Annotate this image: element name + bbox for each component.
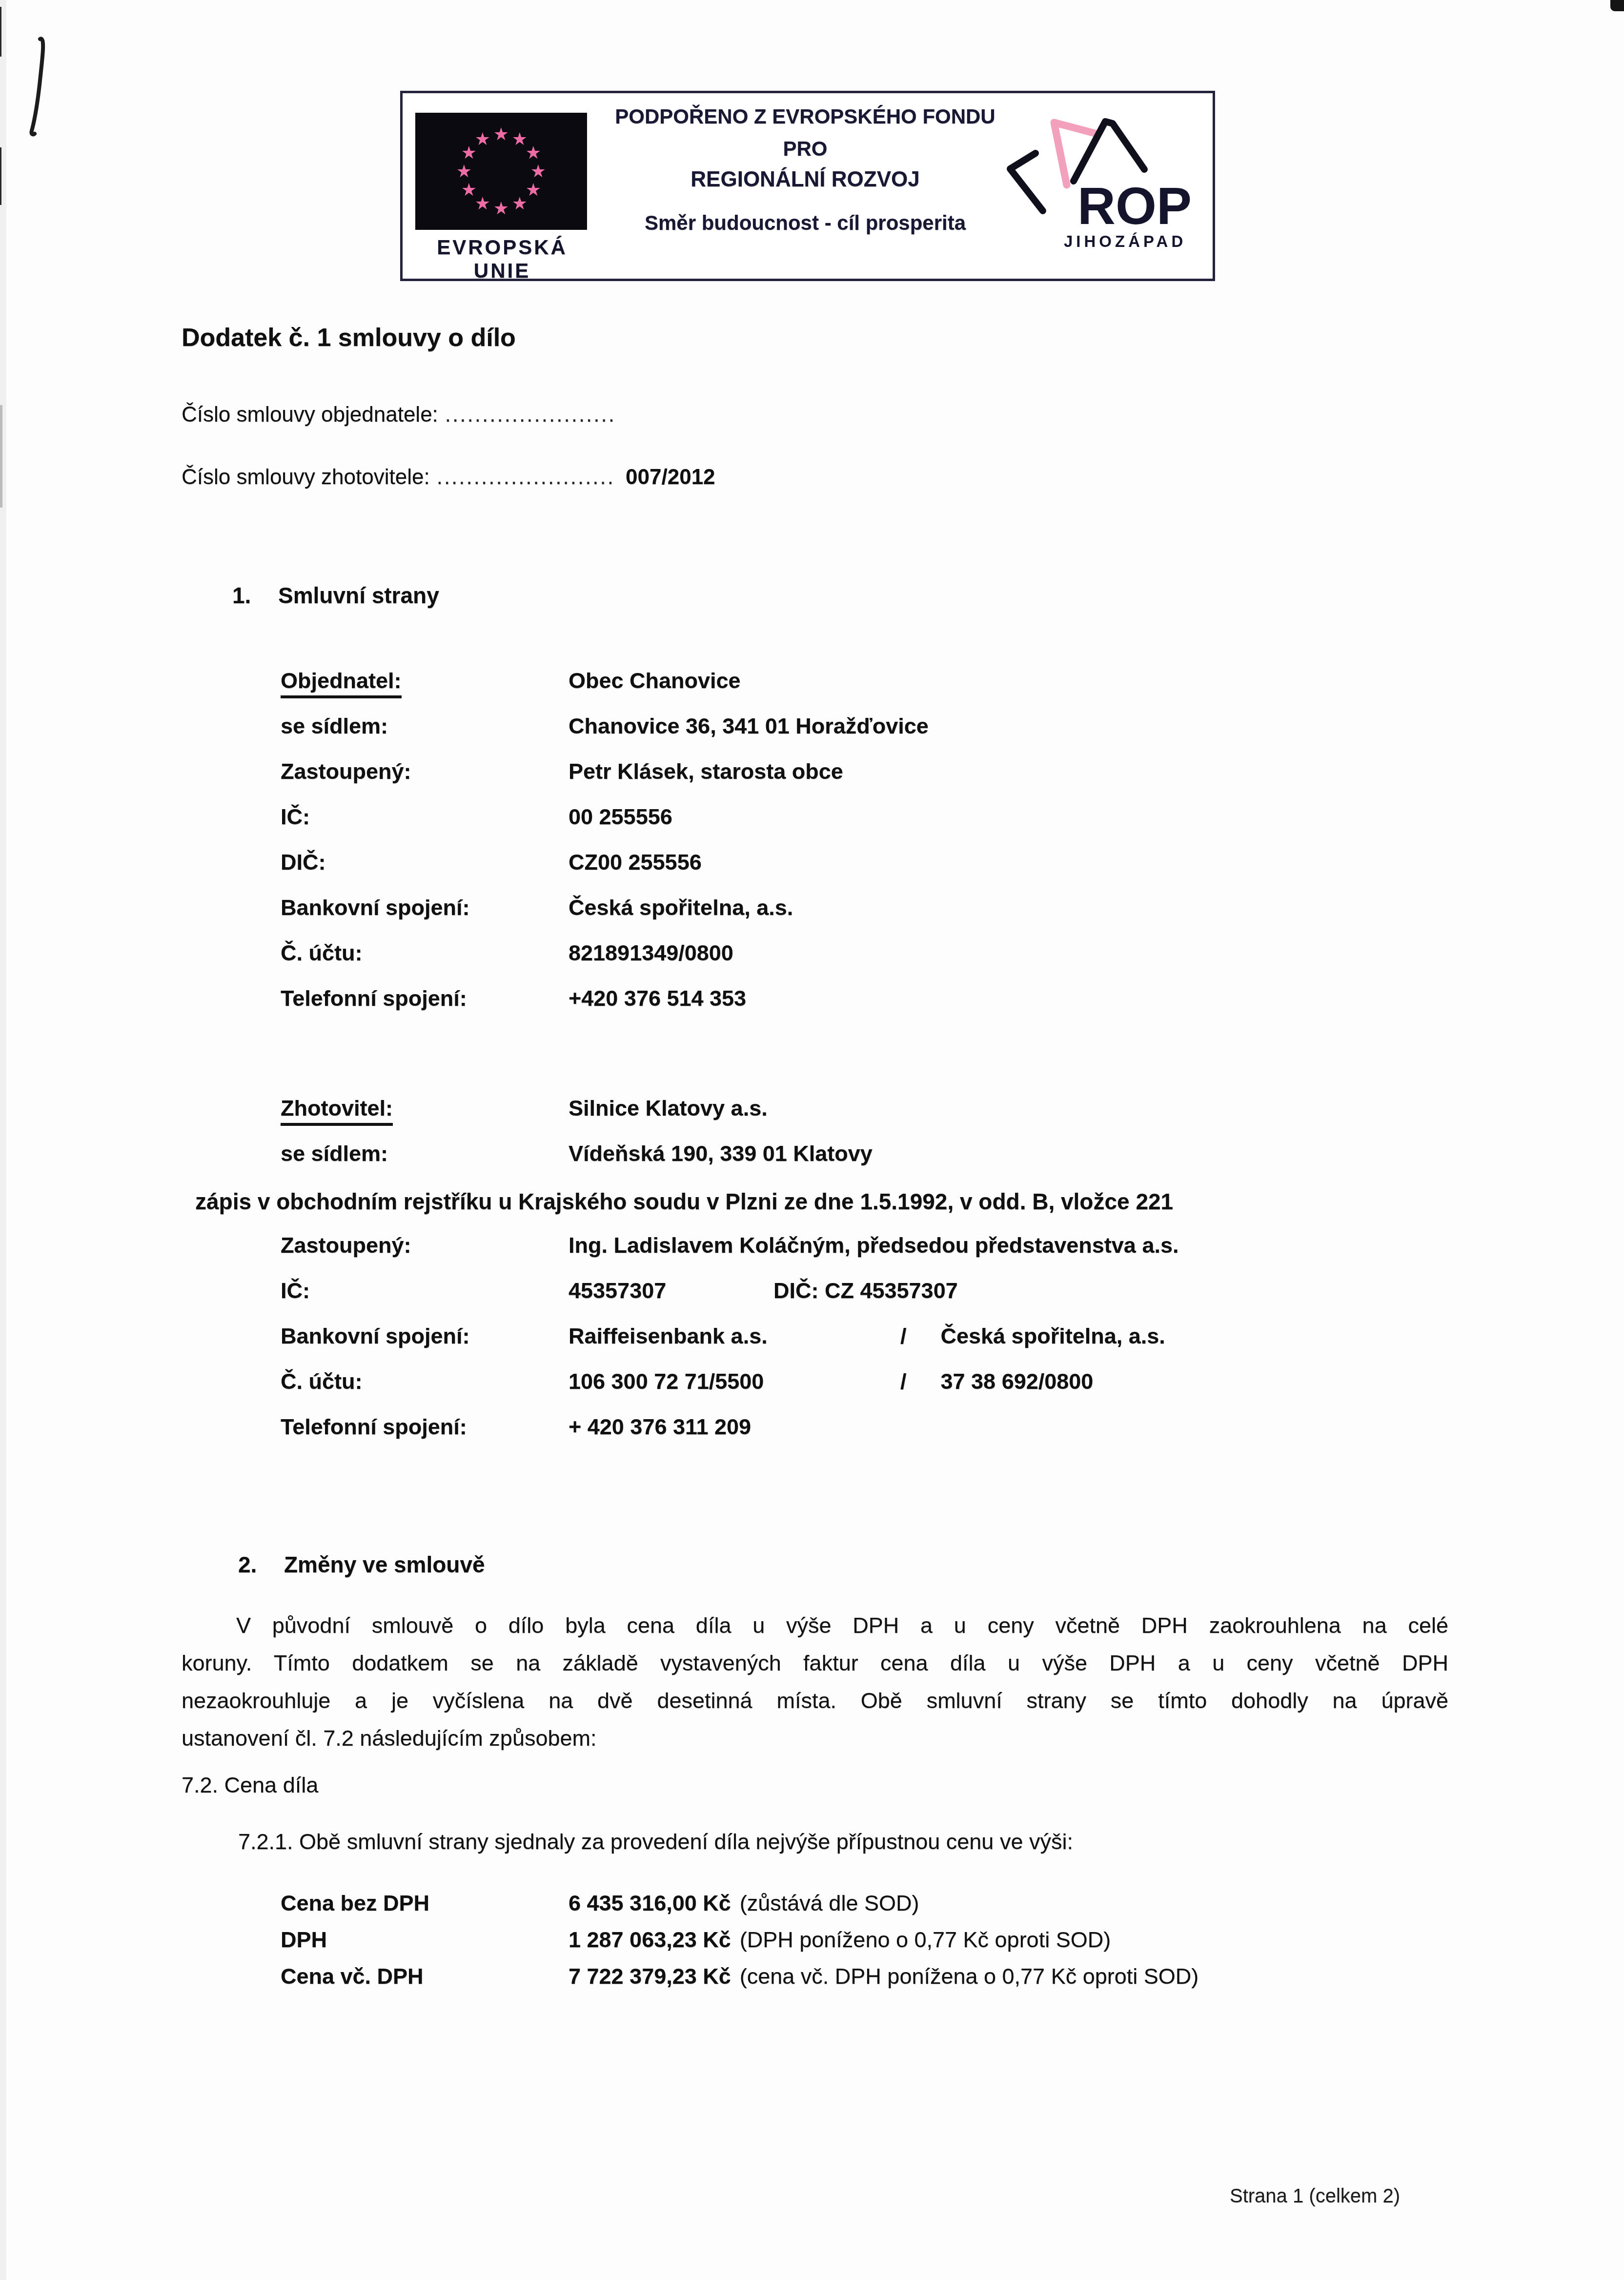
- table-row: IČ: 45357307DIČ: CZ 45357307: [281, 1268, 1178, 1313]
- field-value: Raiffeisenbank a.s./Česká spořitelna, a.…: [568, 1323, 1165, 1349]
- field-label: Zastoupený:: [281, 759, 568, 784]
- price-amount: 7 722 379,23 Kč: [568, 1964, 731, 1989]
- table-row: Bankovní spojení: Česká spořitelna, a.s.: [281, 885, 929, 930]
- table-row: Zastoupený: Petr Klásek, starosta obce: [281, 749, 929, 794]
- price-label: DPH: [281, 1927, 568, 1953]
- paragraph-line: nezaokrouhluje a je vyčíslena na dvě des…: [182, 1682, 1448, 1719]
- field-label: Telefonní spojení:: [281, 986, 568, 1011]
- slash-separator: /: [900, 1369, 907, 1394]
- rop-subtitle: JIHOZÁPAD: [1064, 232, 1186, 250]
- table-row: se sídlem: Vídeňská 190, 339 01 Klatovy: [281, 1131, 873, 1176]
- field-label: Č. účtu:: [281, 940, 568, 966]
- price-note: (DPH poníženo o 0,77 Kč oproti SOD): [740, 1927, 1111, 1953]
- section-number: 2.: [238, 1550, 284, 1579]
- paragraph-line: V původní smlouvě o dílo byla cena díla …: [182, 1607, 1448, 1644]
- price-label: Cena bez DPH: [281, 1891, 568, 1916]
- contractor-contract-number-line: Číslo smlouvy zhotovitele:..............…: [182, 463, 715, 492]
- scanned-document-page: ★ ★ ★ ★ ★ ★ ★ ★ ★ ★ ★ ★ EVROPSKÁ UNIE PO…: [0, 0, 1624, 2280]
- eu-star-icon: ★: [526, 180, 541, 200]
- field-value: Silnice Klatovy a.s.: [568, 1096, 768, 1121]
- eu-star-icon: ★: [526, 142, 541, 163]
- banner-line-3: REGIONÁLNÍ ROZVOJ: [608, 167, 1003, 192]
- field-label: IČ:: [281, 1278, 568, 1303]
- field-label: Zastoupený:: [281, 1233, 568, 1258]
- field-value: CZ00 255556: [568, 850, 702, 875]
- scan-edge-artifact: [0, 147, 1, 205]
- paragraph-line: koruny. Tímto dodatkem se na základě vys…: [182, 1644, 1448, 1682]
- field-label: Bankovní spojení:: [281, 895, 568, 920]
- table-row: se sídlem: Chanovice 36, 341 01 Horažďov…: [281, 703, 929, 749]
- rop-wordmark: ROP: [1077, 176, 1192, 235]
- field-value: +420 376 514 353: [568, 986, 746, 1011]
- field-value: Česká spořitelna, a.s.: [568, 895, 793, 920]
- field-label: se sídlem:: [281, 1141, 568, 1166]
- field-value-2: Česká spořitelna, a.s.: [941, 1323, 1165, 1348]
- registry-entry-line: zápis v obchodním rejstříku u Krajského …: [195, 1187, 1483, 1216]
- field-label: IČ:: [281, 804, 568, 830]
- section-number: 1.: [232, 581, 278, 610]
- table-row: Bankovní spojení: Raiffeisenbank a.s./Če…: [281, 1313, 1178, 1359]
- eu-star-icon: ★: [493, 124, 509, 144]
- clause-7-2: 7.2. Cena díla: [182, 1771, 318, 1800]
- contractor-details-table: Zhotovitel: Silnice Klatovy a.s. se sídl…: [281, 1085, 873, 1176]
- client-contract-label: Číslo smlouvy objednatele:: [182, 403, 438, 427]
- dotted-leader: ........................: [437, 465, 615, 489]
- pen-stroke-mark: [23, 34, 58, 139]
- eu-star-icon: ★: [461, 180, 477, 200]
- field-label: Č. účtu:: [281, 1369, 568, 1394]
- eu-star-icon: ★: [475, 129, 490, 149]
- section-title: Změny ve smlouvě: [284, 1550, 485, 1579]
- banner-line-1: PODPOŘENO Z EVROPSKÉHO FONDU: [608, 105, 1003, 128]
- rop-black-chevron-icon: [1010, 153, 1043, 211]
- contractor-details-table-2: Zastoupený: Ing. Ladislavem Koláčným, př…: [281, 1222, 1178, 1449]
- scan-edge-artifact: [0, 405, 2, 508]
- table-row: Objednatel: Obec Chanovice: [281, 658, 929, 703]
- client-details-table: Objednatel: Obec Chanovice se sídlem: Ch…: [281, 658, 929, 1021]
- banner-line-2: PRO: [608, 137, 1003, 161]
- table-row: Zhotovitel: Silnice Klatovy a.s.: [281, 1085, 873, 1131]
- table-row: Zastoupený: Ing. Ladislavem Koláčným, př…: [281, 1222, 1178, 1268]
- table-row: Telefonní spojení: + 420 376 311 209: [281, 1404, 1178, 1449]
- eu-star-icon: ★: [493, 198, 509, 218]
- field-value: 106 300 72 71/5500/37 38 692/0800: [568, 1369, 1093, 1394]
- table-row: Č. účtu: 106 300 72 71/5500/37 38 692/08…: [281, 1359, 1178, 1404]
- table-row: Cena bez DPH 6 435 316,00 Kč (zůstává dl…: [281, 1885, 1198, 1921]
- slash-separator: /: [900, 1323, 907, 1349]
- section-1-heading: 1. Smluvní strany: [232, 581, 439, 610]
- eu-star-icon: ★: [456, 161, 472, 181]
- field-value-2: DIČ: CZ 45357307: [773, 1278, 958, 1303]
- scan-corner-mark: [1610, 0, 1624, 11]
- page-title: Dodatek č. 1 smlouvy o dílo: [182, 323, 516, 352]
- field-label: DIČ:: [281, 850, 568, 875]
- field-value: Chanovice 36, 341 01 Horažďovice: [568, 713, 929, 739]
- field-label: Objednatel:: [281, 668, 568, 693]
- paragraph-line: ustanovení čl. 7.2 následujícím způsobem…: [182, 1719, 1448, 1757]
- field-label: Bankovní spojení:: [281, 1323, 568, 1349]
- field-value: Petr Klásek, starosta obce: [568, 759, 843, 784]
- field-value: + 420 376 311 209: [568, 1414, 751, 1440]
- table-row: Cena vč. DPH 7 722 379,23 Kč (cena vč. D…: [281, 1958, 1198, 1995]
- eu-funding-banner: ★ ★ ★ ★ ★ ★ ★ ★ ★ ★ ★ ★ EVROPSKÁ UNIE PO…: [400, 91, 1215, 281]
- table-row: DIČ: CZ00 255556: [281, 839, 929, 885]
- eu-star-icon: ★: [512, 193, 528, 213]
- eu-star-icon: ★: [530, 161, 546, 181]
- section-2-heading: 2. Změny ve smlouvě: [238, 1550, 485, 1579]
- field-label: Telefonní spojení:: [281, 1414, 568, 1440]
- field-value: Obec Chanovice: [568, 668, 741, 693]
- price-amount: 6 435 316,00 Kč: [568, 1891, 731, 1916]
- field-value: 821891349/0800: [568, 940, 733, 966]
- eu-star-icon: ★: [475, 193, 490, 213]
- field-value: 00 255556: [568, 804, 672, 830]
- page-number-footer: Strana 1 (celkem 2): [1230, 2185, 1400, 2207]
- field-value: Ing. Ladislavem Koláčným, předsedou před…: [568, 1233, 1178, 1258]
- table-row: DPH 1 287 063,23 Kč (DPH poníženo o 0,77…: [281, 1921, 1198, 1958]
- rop-jihozapad-logo: ROP JIHOZÁPAD: [1005, 107, 1205, 253]
- field-label: Zhotovitel:: [281, 1096, 568, 1121]
- field-value: 45357307DIČ: CZ 45357307: [568, 1278, 958, 1303]
- amendment-paragraph: V původní smlouvě o dílo byla cena díla …: [182, 1607, 1448, 1757]
- table-row: Telefonní spojení: +420 376 514 353: [281, 976, 929, 1021]
- contractor-contract-value: 007/2012: [626, 465, 715, 489]
- field-label: se sídlem:: [281, 713, 568, 739]
- price-table: Cena bez DPH 6 435 316,00 Kč (zůstává dl…: [281, 1885, 1198, 1995]
- field-value-2: 37 38 692/0800: [941, 1369, 1094, 1394]
- client-contract-number-line: Číslo smlouvy objednatele:..............…: [182, 400, 616, 429]
- contractor-contract-label: Číslo smlouvy zhotovitele:: [182, 465, 430, 489]
- eu-flag-icon: ★ ★ ★ ★ ★ ★ ★ ★ ★ ★ ★ ★: [415, 113, 587, 230]
- price-amount: 1 287 063,23 Kč: [568, 1927, 731, 1953]
- scan-edge-artifact: [0, 7, 1, 57]
- clause-7-2-1: 7.2.1. Obě smluvní strany sjednaly za pr…: [238, 1827, 1073, 1856]
- price-label: Cena vč. DPH: [281, 1964, 568, 1989]
- dotted-leader: .......................: [445, 403, 616, 427]
- table-row: Č. účtu: 821891349/0800: [281, 930, 929, 976]
- eu-flag-caption: EVROPSKÁ UNIE: [406, 236, 598, 283]
- price-note: (cena vč. DPH ponížena o 0,77 Kč oproti …: [740, 1964, 1198, 1989]
- section-title: Smluvní strany: [278, 581, 439, 610]
- scan-edge-shadow: [0, 0, 6, 2280]
- banner-tagline: Směr budoucnost - cíl prosperita: [608, 211, 1003, 235]
- field-value: Vídeňská 190, 339 01 Klatovy: [568, 1141, 873, 1166]
- price-note: (zůstává dle SOD): [740, 1891, 919, 1916]
- table-row: IČ: 00 255556: [281, 794, 929, 839]
